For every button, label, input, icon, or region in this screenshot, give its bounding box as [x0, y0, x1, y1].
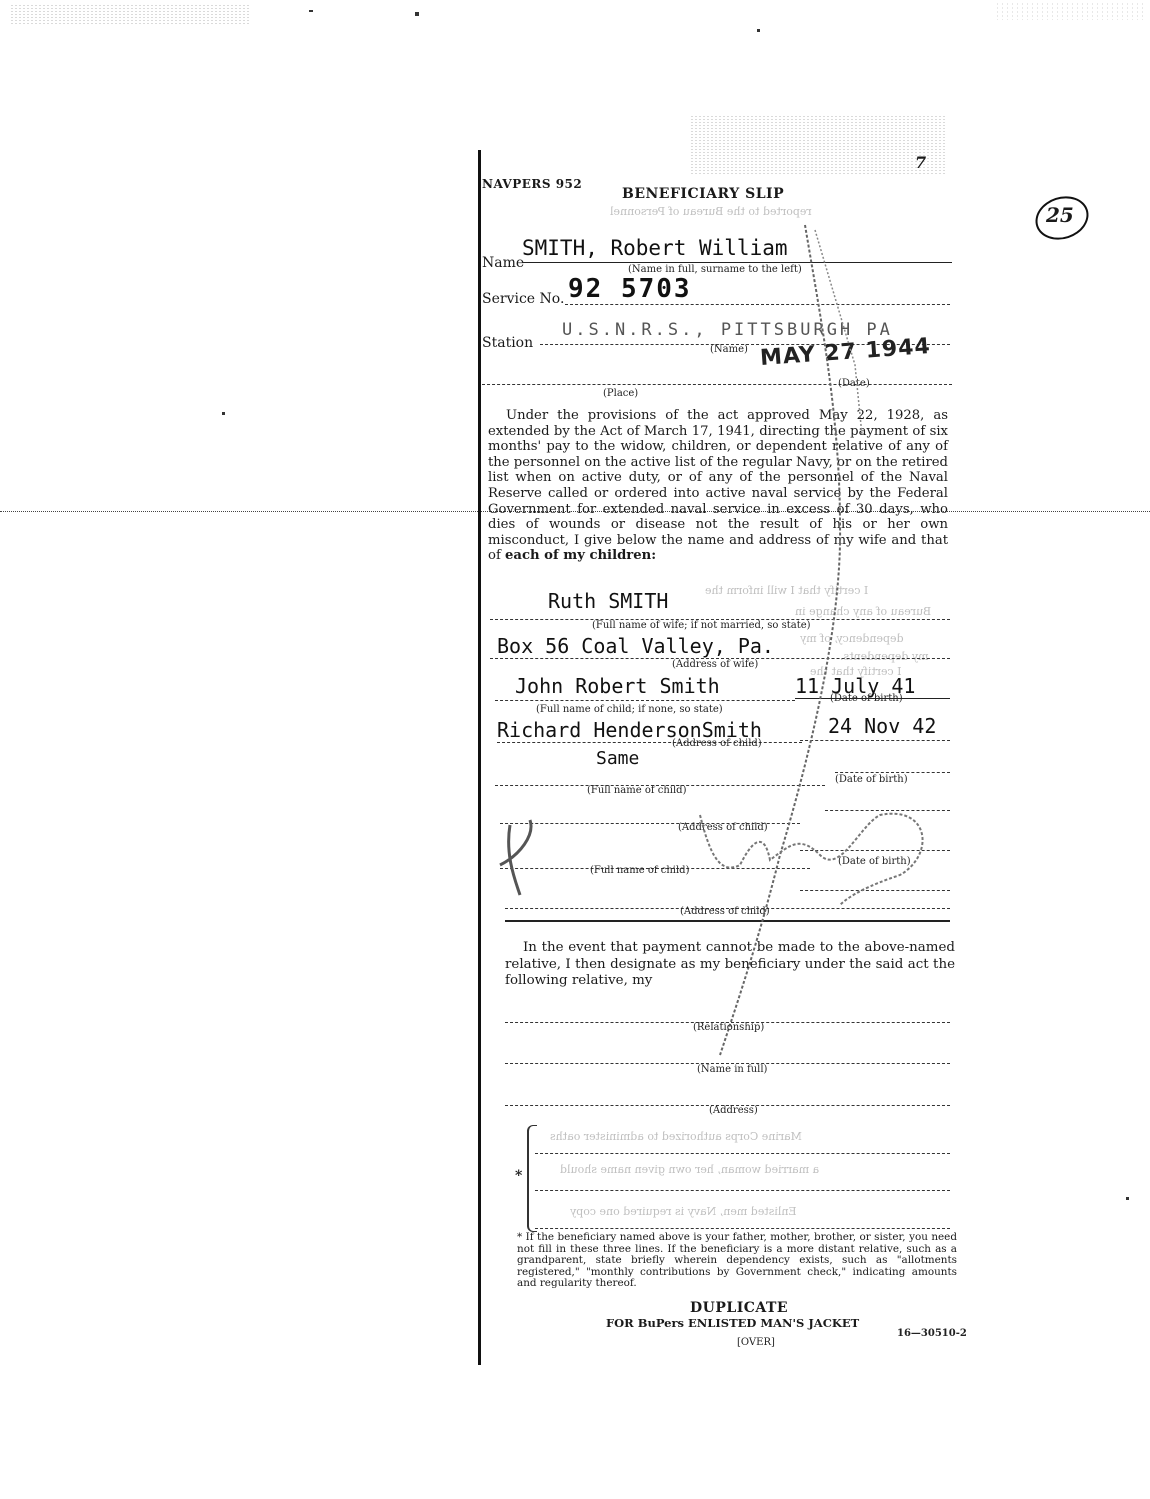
wife-name-hint: (Full name of wife; if not married, so s… [592, 620, 811, 631]
child-2-address-value: Same [596, 748, 639, 769]
provisions-bold: each of my children: [505, 548, 656, 563]
child-1-dob-hint: (Date of birth) [830, 693, 903, 704]
scan-speckle-top-left [10, 4, 250, 26]
child-3-name-hint: (Full name of child) [587, 785, 686, 796]
scan-dot [757, 29, 760, 32]
bleed-through-text: reported to the Bureau of Personnel [610, 205, 812, 218]
child-4-dob-underline [800, 850, 950, 851]
place-hint: (Place) [603, 388, 638, 399]
child-4-address-underline-right [800, 890, 950, 891]
print-code: 16—30510-2 [897, 1328, 967, 1339]
dependency-line-3 [535, 1228, 950, 1229]
document-left-border [478, 150, 481, 1365]
bleed-through-line: Bureau of any change in [795, 605, 931, 618]
bleed-through-text: a married woman, her own given name shou… [560, 1163, 819, 1176]
station-name-hint: (Name) [710, 344, 748, 355]
dependency-line-1 [535, 1153, 950, 1154]
child-3-address-hint: (Address of child) [678, 822, 768, 833]
child-2-dob-value: 24 Nov 42 [828, 714, 936, 738]
service-no-label: Service No. [482, 291, 564, 307]
bleed-through-text: Marine Corps authorized to administer oa… [550, 1130, 802, 1143]
bleed-through-line: my dependents. [840, 650, 929, 663]
provisions-paragraph: Under the provisions of the act approved… [488, 408, 948, 564]
station-value: U.S.N.R.S., PITTSBURGH PA [562, 320, 893, 340]
wife-address-value: Box 56 Coal Valley, Pa. [497, 634, 774, 658]
child-3-dob-underline [835, 772, 950, 773]
child-2-address-hint: (Address of child) [672, 738, 762, 749]
form-number: NAVPERS 952 [482, 177, 582, 191]
footnote-marker: * [515, 1168, 522, 1184]
child-3-dob-hint: (Date of birth) [835, 774, 908, 785]
scan-dot [309, 10, 313, 12]
dependency-line-2 [535, 1190, 950, 1191]
relationship-hint: (Relationship) [693, 1022, 764, 1033]
bleed-through-line: I certify that I will inform the [705, 584, 868, 597]
section-divider [505, 920, 950, 922]
child-1-name-underline [495, 700, 795, 701]
station-label: Station [482, 335, 533, 351]
name-value: SMITH, Robert William [522, 236, 788, 260]
dependency-bracket [527, 1125, 537, 1232]
name-underline [522, 262, 952, 263]
scan-speckle-header [690, 115, 945, 175]
scan-dot [1126, 1197, 1129, 1200]
form-title: BENEFICIARY SLIP [622, 186, 784, 202]
child-2-dob-underline [800, 740, 950, 741]
child-3-address-underline-right [825, 810, 950, 811]
bleed-through-line: dependency, of my [800, 632, 904, 645]
wife-address-hint: (Address of wife) [672, 659, 758, 670]
place-date-underline [482, 384, 952, 385]
child-4-name-hint: (Full name of child) [590, 865, 689, 876]
name-in-full-hint: (Name in full) [697, 1064, 767, 1075]
duplicate-label: DUPLICATE [690, 1300, 788, 1316]
wife-name-value: Ruth SMITH [548, 589, 668, 613]
name-label: Name [482, 255, 524, 271]
over-label: [OVER] [737, 1337, 775, 1348]
margin-note: 25 [1046, 203, 1074, 227]
child-4-dob-hint: (Date of birth) [838, 856, 911, 867]
jacket-label: FOR BuPers ENLISTED MAN'S JACKET [606, 1316, 859, 1330]
child-1-name-hint: (Full name of child; if none, so state) [536, 704, 723, 715]
alternate-beneficiary-text: In the event that payment cannot be made… [505, 940, 955, 990]
service-no-underline [565, 304, 950, 305]
provisions-text: Under the provisions of the act approved… [488, 408, 948, 563]
bleed-through-text: Enlisted men, Navy is required one copy [570, 1205, 797, 1218]
service-no-value: 92 5703 [568, 274, 692, 304]
scan-speckle-top-right [995, 2, 1145, 20]
child-1-name-value: John Robert Smith [515, 674, 720, 698]
child-4-address-hint: (Address of child) [680, 906, 770, 917]
scan-dot [415, 12, 419, 16]
scan-dot [222, 412, 225, 415]
footnote-text: * If the beneficiary named above is your… [517, 1232, 957, 1290]
date-hint: (Date) [838, 378, 870, 389]
page-mark: 7 [915, 153, 926, 172]
address-hint: (Address) [709, 1105, 758, 1116]
